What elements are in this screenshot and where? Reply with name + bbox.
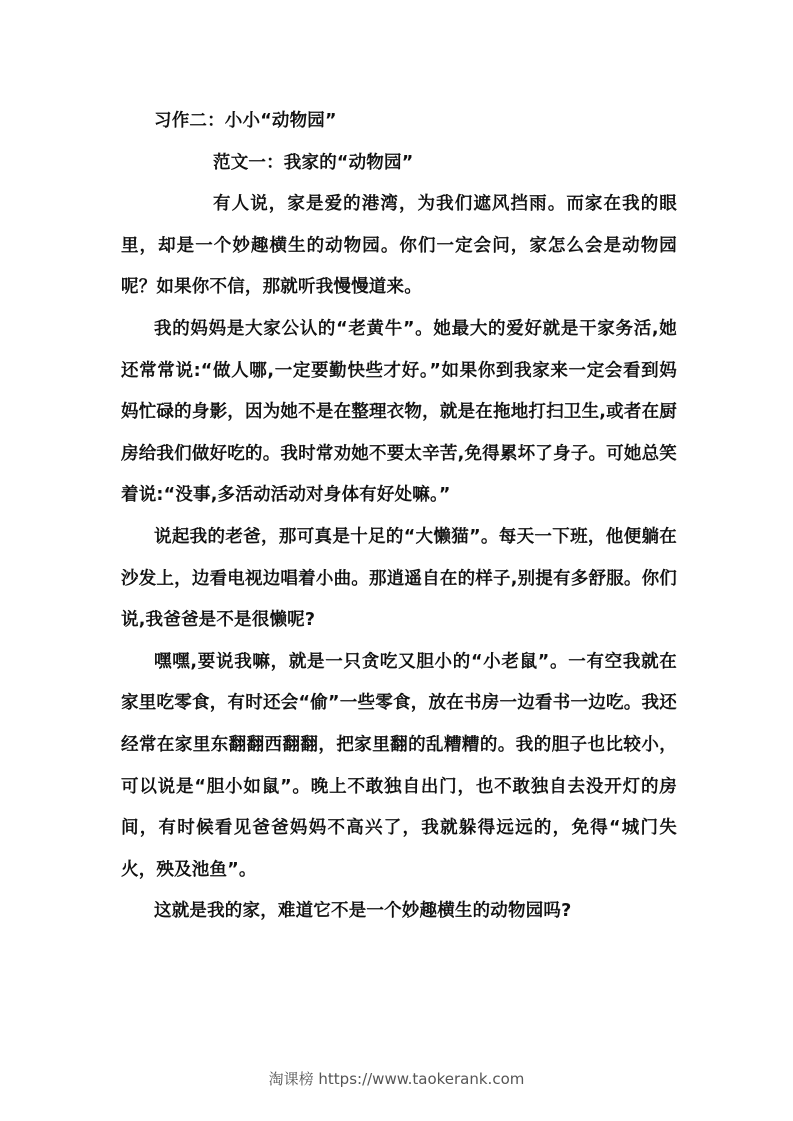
essay-subtitle: 范文一：我家的“动物园”: [121, 143, 677, 185]
footer-watermark: 淘课榜 https://www.taokerank.com: [0, 1068, 793, 1089]
paragraph-conclusion: 这就是我的家，难道它不是一个妙趣横生的动物园吗?: [121, 891, 677, 933]
document-page: 习作二：小小“动物园” 范文一：我家的“动物园” 有人说，家是爱的港湾，为我们遮…: [121, 101, 677, 933]
paragraph-self: 嘿嘿,要说我嘛，就是一只贪吃又胆小的“小老鼠”。一有空我就在家里吃零食，有时还会…: [121, 642, 677, 892]
paragraph-intro: 有人说，家是爱的港湾，为我们遮风挡雨。而家在我的眼里，却是一个妙趣横生的动物园。…: [121, 184, 677, 309]
paragraph-mother: 我的妈妈是大家公认的“老黄牛”。她最大的爱好就是干家务活,她还常常说:“做人哪,…: [121, 309, 677, 517]
paragraph-father: 说起我的老爸，那可真是十足的“大懒猫”。每天一下班，他便躺在沙发上，边看电视边唱…: [121, 517, 677, 642]
assignment-title: 习作二：小小“动物园”: [121, 101, 677, 143]
